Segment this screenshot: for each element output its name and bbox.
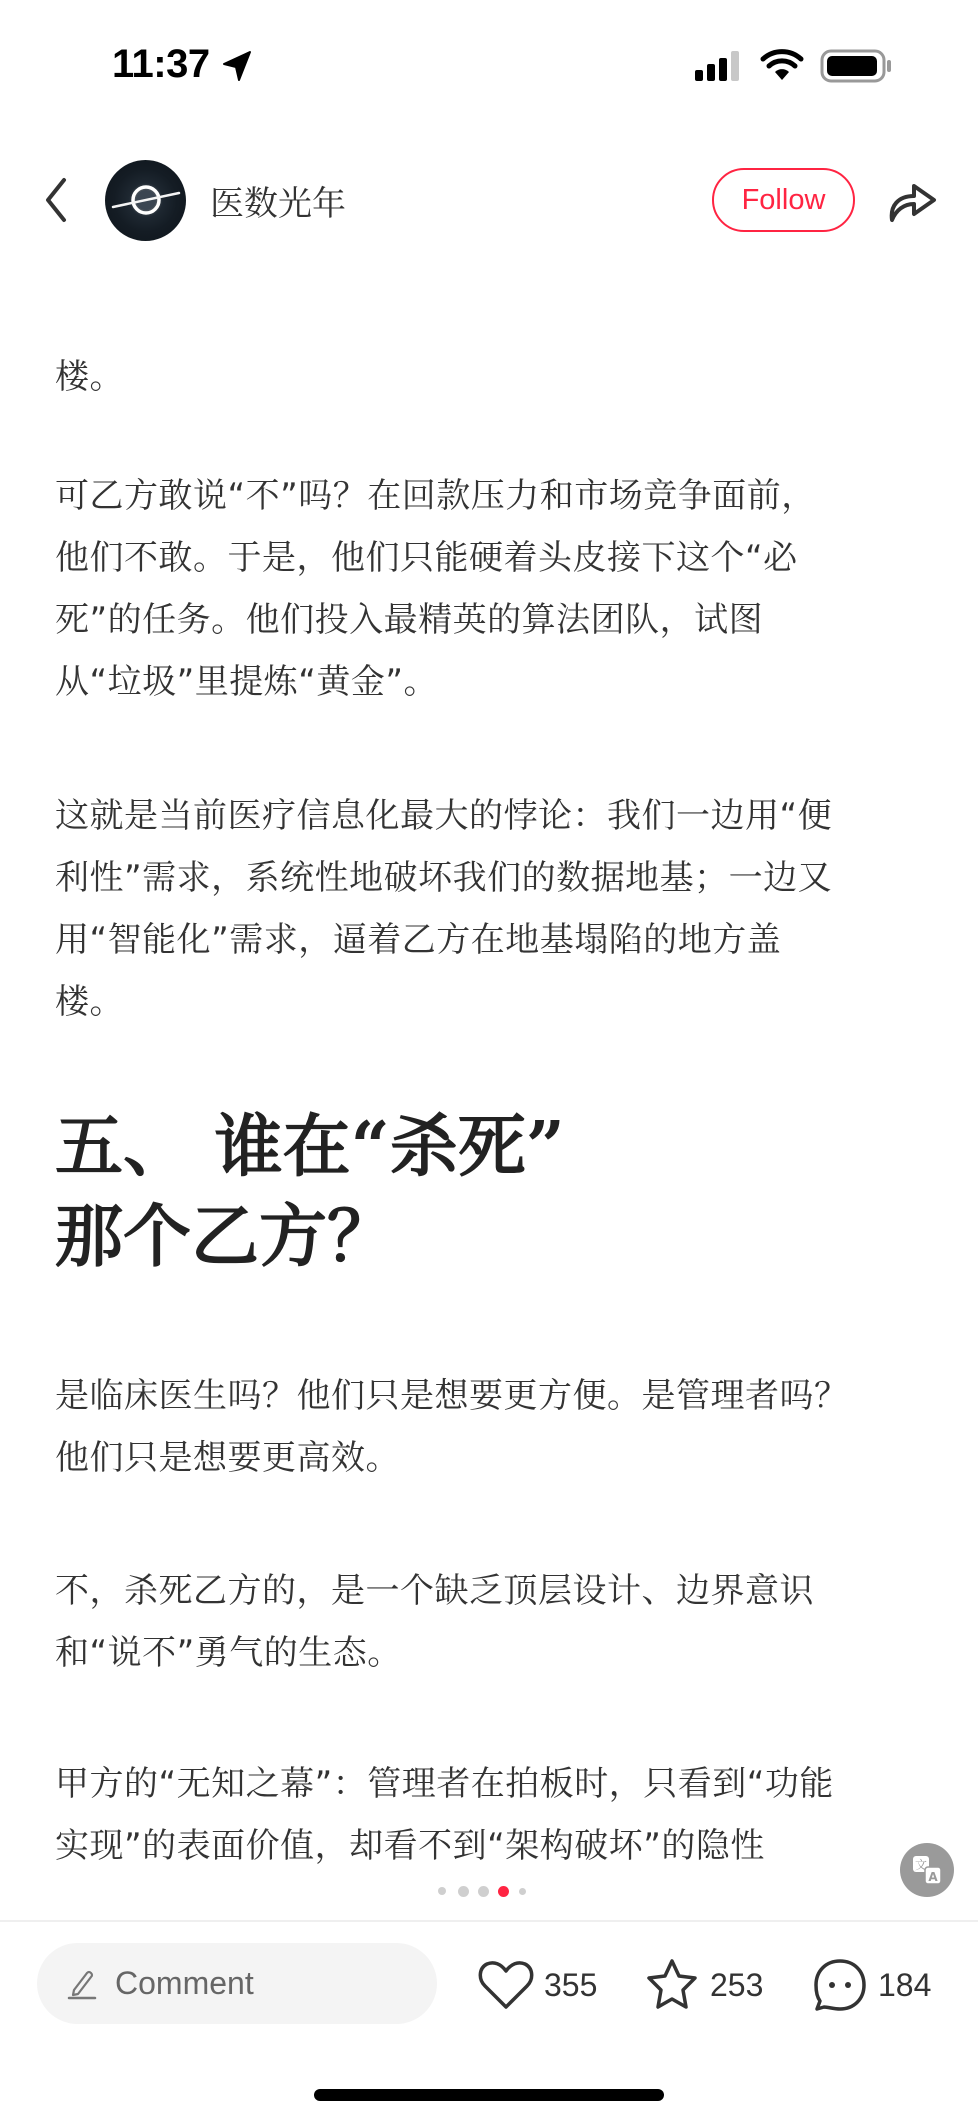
- like-button[interactable]: 355: [476, 1950, 597, 2020]
- follow-button[interactable]: Follow: [712, 168, 855, 232]
- pagination-dot: [519, 1888, 526, 1895]
- collect-button[interactable]: 253: [642, 1950, 763, 2020]
- translate-icon: 文 A: [900, 1843, 954, 1897]
- battery-icon: [820, 49, 894, 83]
- share-arrow-icon[interactable]: [884, 176, 940, 226]
- pagination-dot-active: [498, 1886, 509, 1897]
- collect-count: 253: [710, 1967, 763, 2004]
- location-arrow-icon: [222, 50, 252, 82]
- paragraph: 甲方的“无知之幕”：管理者在拍板时，只看到“功能 实现”的表面价值，却看不到“架…: [55, 1753, 925, 1877]
- paragraph: 不，杀死乙方的，是一个缺乏顶层设计、边界意识 和“说不”勇气的生态。: [55, 1560, 925, 1684]
- comments-count: 184: [878, 1967, 931, 2004]
- cellular-signal-icon: [694, 50, 742, 82]
- paragraph: 可乙方敢说“不”吗？在回款压力和市场竞争面前， 他们不敢。于是，他们只能硬着头皮…: [55, 465, 925, 713]
- status-bar: 11:37: [0, 0, 978, 120]
- bottom-bar-divider: [0, 1920, 978, 1922]
- svg-text:A: A: [928, 1870, 938, 1884]
- comment-input[interactable]: Comment: [37, 1943, 437, 2024]
- pagination-dot: [458, 1886, 469, 1897]
- chat-bubble-icon: [810, 1955, 870, 2015]
- image-pagination-dots: [438, 1884, 526, 1898]
- star-icon: [642, 1955, 702, 2015]
- post-header: 医数光年 Follow: [0, 150, 978, 250]
- author-name[interactable]: 医数光年: [210, 176, 346, 225]
- status-time: 11:37: [112, 42, 210, 87]
- paragraph: 这就是当前医疗信息化最大的悖论：我们一边用“便 利性”需求，系统性地破坏我们的数…: [55, 785, 925, 1033]
- wifi-icon: [760, 48, 804, 82]
- chevron-left-icon[interactable]: [36, 174, 76, 226]
- pagination-dot: [438, 1887, 446, 1895]
- author-avatar[interactable]: [105, 160, 186, 241]
- home-indicator[interactable]: [314, 2089, 664, 2101]
- comment-placeholder: Comment: [115, 1965, 254, 2002]
- paragraph: 是临床医生吗？他们只是想要更方便。是管理者吗？ 他们只是想要更高效。: [55, 1365, 925, 1489]
- paragraph: 楼。: [55, 346, 925, 408]
- like-count: 355: [544, 1967, 597, 2004]
- section-heading: 五、 谁在“杀死” 那个乙方？: [55, 1102, 925, 1282]
- pencil-icon: [67, 1968, 97, 2000]
- pagination-dot: [478, 1886, 489, 1897]
- heart-icon: [476, 1955, 536, 2015]
- translate-button[interactable]: 文 A: [900, 1843, 954, 1897]
- black-hole-logo-icon: [105, 160, 186, 241]
- comments-button[interactable]: 184: [810, 1950, 931, 2020]
